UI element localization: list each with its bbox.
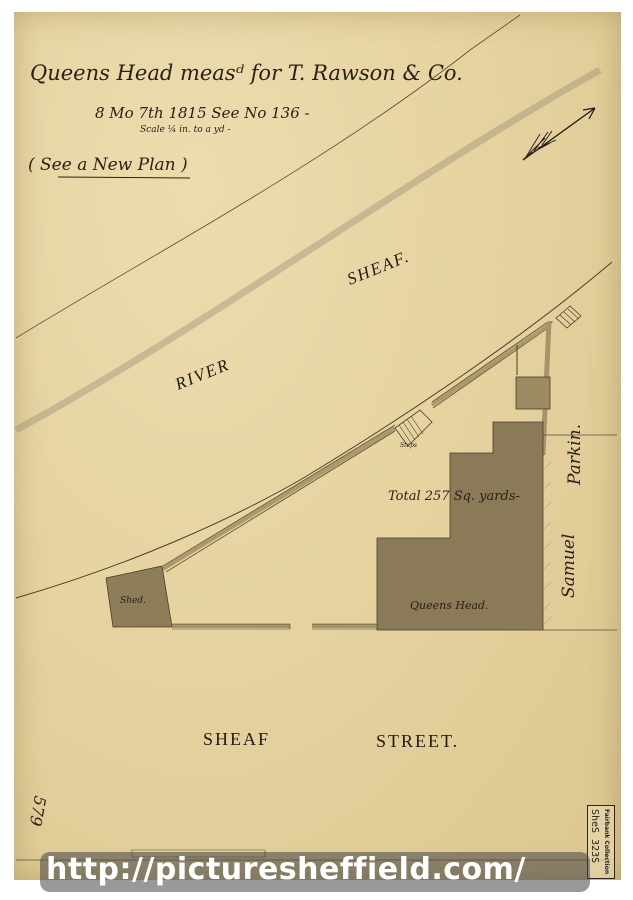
scale-note: Scale ¼ in. to a yd - — [140, 124, 231, 135]
margin-number: 579 — [26, 794, 50, 827]
river-label-sheaf: SHEAF. — [344, 246, 412, 288]
neighbor-last-name: Parkin. — [565, 424, 585, 486]
collection-stamp: Fairbank Collection SheS 323S — [587, 805, 615, 879]
total-area-label: Total 257 Sq. yards- — [388, 489, 520, 504]
river-label-river: RIVER — [171, 355, 232, 394]
queens-head-label: Queens Head. — [410, 599, 489, 612]
street-label-street: STREET. — [376, 731, 459, 751]
pencil-guide-line — [16, 70, 600, 430]
new-plan-note: ( See a New Plan ) — [28, 155, 188, 175]
watermark-banner: http://picturesheffield.com/ — [40, 852, 590, 892]
neighbor-first-name: Samuel — [559, 534, 579, 598]
steps-2 — [556, 306, 581, 328]
watermark-url: http://picturesheffield.com/ — [46, 852, 526, 887]
steps-1 — [395, 410, 432, 446]
outbuilding — [516, 377, 550, 409]
map-drawing: Queens Head measᵈ for T. Rawson & Co. 8 … — [0, 0, 633, 900]
shed-label: Shed. — [120, 596, 146, 606]
title-line-1: Queens Head measᵈ for T. Rawson & Co. — [30, 61, 463, 85]
stamp-ref: SheS 323S — [589, 809, 600, 863]
feathered-arrow-icon — [523, 108, 595, 160]
street-label-sheaf: SHEAF — [203, 729, 270, 749]
title-line-2: 8 Mo 7th 1815 See No 136 - — [95, 104, 310, 122]
boundary-hatching — [543, 462, 551, 625]
steps-label: Steps — [400, 442, 417, 449]
stamp-collection: Fairbank Collection — [603, 809, 610, 874]
